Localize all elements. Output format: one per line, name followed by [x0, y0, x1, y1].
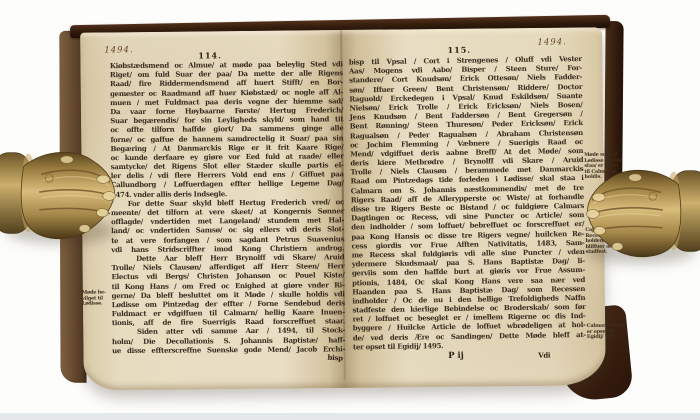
catchword-right: Vdi [538, 350, 550, 359]
catchword-left: bisp [327, 353, 343, 363]
right-page: 115. 1494. bisp til Vpsal / Cort i Stren… [341, 27, 606, 389]
open-book: 1494. 114. Kiøbstædsmend oc Almue/ at mø… [58, 11, 624, 411]
photo-bottom-edge [0, 413, 700, 420]
brass-hand-right-icon [582, 160, 700, 266]
open-pages: 1494. 114. Kiøbstædsmend oc Almue/ at mø… [80, 27, 606, 390]
margin-note: Calmars Møde er opset til Egidij/ 1495. [587, 323, 625, 340]
right-page-text: bisp til Vpsal / Cort i Strengenes / Olu… [349, 54, 586, 351]
brass-hand-left-icon [0, 142, 120, 248]
handwritten-date-right: 1494. [537, 37, 566, 47]
left-margin-note: Møde be- vilget til Lødisse. [82, 290, 111, 307]
page-number-right: 115. [448, 45, 472, 55]
handwritten-date-left: 1494. [104, 45, 133, 55]
left-page-text: Kiøbstædsmend oc Almue/ at møde paa bele… [110, 59, 345, 355]
page-number-left: 114. [198, 50, 222, 60]
signature-mark: P ij [448, 351, 464, 361]
text-line: ue disse effterscreffne Suenske gode Men… [112, 344, 345, 355]
book-photograph: 1494. 114. Kiøbstædsmend oc Almue/ at mø… [0, 0, 700, 420]
